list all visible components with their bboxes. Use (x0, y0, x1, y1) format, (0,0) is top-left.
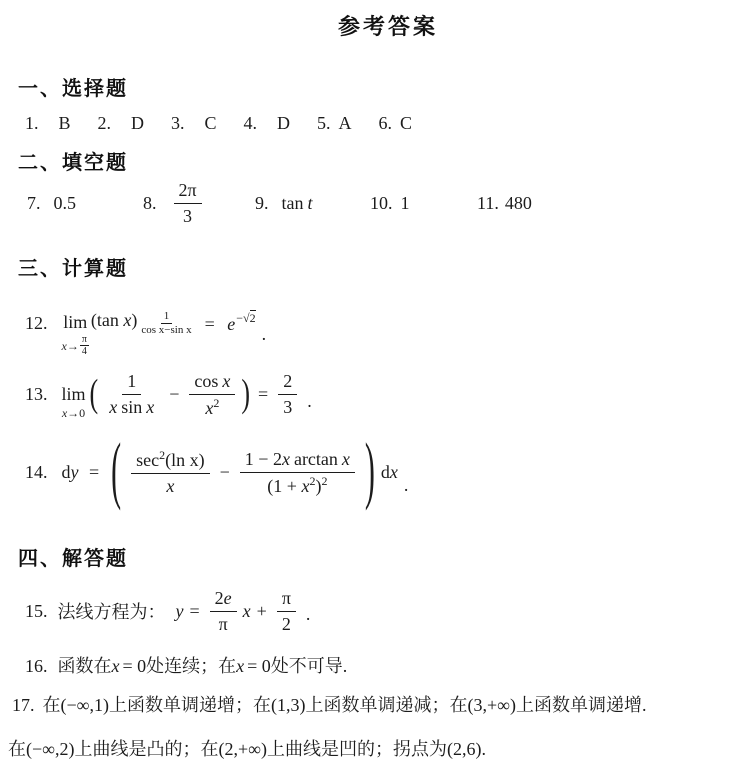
q15-f2-num: π (277, 587, 296, 612)
q15-f1-num: 2e (210, 587, 237, 612)
q14-f2-num: 1 − 2xarctanx (240, 448, 355, 473)
blank-11-value: 480 (505, 193, 532, 214)
answer-17-line-1: 17.在(−∞,1)上函数单调递增；在(1,3)上函数单调递减；在(3,+∞)上… (12, 692, 646, 719)
q17-number: 17. (12, 695, 35, 715)
q17-l1-interval-2: (1,3) (271, 695, 306, 715)
q14-f2-den-sup-outer: 2 (321, 474, 327, 488)
q16-number: 16. (25, 656, 48, 676)
q13-f3-num: 2 (278, 370, 297, 395)
q12-sub-fraction: π 4 (80, 334, 89, 357)
answer-16: 16.函数在x= 0处连续；在x= 0处不可导. (25, 653, 347, 680)
section-heading-blank: 二、填空题 (18, 146, 128, 175)
q12-exp-den: cos x−sin x (138, 324, 194, 337)
q17-l1-interval-3: (3,+∞) (467, 695, 515, 715)
blank-9-number: 9. (255, 193, 269, 214)
q17-l2-interval-2: (2,+∞) (218, 739, 266, 759)
q13-fraction-1: 1 xsinx (104, 370, 159, 417)
q13-f2-num-fn: cos (194, 371, 218, 391)
q14-fraction-1: sec2(ln x) x (131, 448, 209, 496)
q15-y: y (176, 601, 184, 622)
blank-7-number: 7. (27, 193, 41, 214)
answer-13-formula: 13. lim x→0 ( 1 xsinx − cosx x2 ) = 2 3 … (25, 366, 312, 422)
choice-2-number: 2. (98, 113, 112, 133)
q12-e-exponent: −√2 (236, 311, 255, 325)
q13-f2-den: x2 (200, 395, 224, 419)
choice-answer-3: 3.C (171, 113, 217, 134)
q17-l1-text-1: 在 (43, 695, 61, 715)
choice-1-number: 1. (25, 113, 39, 133)
q17-l2-text-2: 上曲线是凸的；在 (74, 739, 218, 759)
q13-f1-num: 1 (122, 370, 141, 395)
q13-limit-operator: lim x→0 (62, 385, 86, 419)
q14-open-paren: ( (111, 435, 121, 510)
q12-lim: lim (63, 313, 87, 333)
q12-sub-frac-num: π (80, 334, 89, 346)
q13-minus: − (169, 384, 179, 405)
q12-sub-frac-den: 4 (80, 346, 89, 357)
q12-period: . (262, 324, 267, 345)
q17-l2-text-4: . (481, 739, 486, 759)
choice-1-letter: B (59, 113, 71, 133)
section-heading-solve: 四、解答题 (18, 542, 128, 571)
q14-y: y (71, 462, 79, 482)
q13-f1-den-var1: x (109, 397, 117, 417)
q14-f2-num-var2: x (342, 449, 350, 469)
q17-l1-text-2: 上函数单调递增；在 (109, 695, 271, 715)
choice-answer-4: 4.D (244, 113, 291, 134)
q14-lhs: dy = (62, 462, 106, 483)
q12-result: = e−√2 (205, 311, 256, 335)
blank-8-numerator: 2π (174, 179, 202, 204)
q15-f1-num-coeff: 2 (215, 588, 224, 608)
q15-f1-den: π (214, 612, 233, 635)
q16-math1-rest: = 0 (123, 656, 147, 676)
blank-8-fraction: 2π 3 (174, 179, 202, 226)
blank-answer-10: 10. 1 (370, 176, 410, 230)
q14-dx-d: d (381, 462, 390, 482)
q14-number: 14. (25, 462, 48, 483)
choice-answer-2: 2.D (98, 113, 145, 134)
page-title: 参考答案 (20, 10, 736, 41)
q14-d: d (62, 462, 71, 482)
answer-14-formula: 14. dy = ( sec2(ln x) x − 1 − 2xarctanx … (25, 430, 408, 514)
q14-f1-den: x (161, 474, 179, 497)
q13-f2-num: cosx (189, 370, 235, 395)
q15-label: 法线方程为： (58, 598, 166, 624)
q17-l1-interval-1: (−∞,1) (61, 695, 109, 715)
q16-text-3: 处不可导. (271, 656, 348, 676)
q13-number: 13. (25, 384, 48, 405)
q12-number: 12. (25, 313, 48, 334)
blank-8-number: 8. (143, 193, 157, 214)
q12-equals: = (205, 314, 215, 334)
q17-l1-text-3: 上函数单调递减；在 (305, 695, 467, 715)
q12-sub-arrow: → (67, 340, 79, 352)
q13-f1-den-var2: x (146, 397, 154, 417)
q15-fraction-2: π 2 (277, 587, 296, 634)
blank-answers-row: 7. 0.5 8. 2π 3 9. tan t 10. 1 11. 480 (0, 176, 736, 230)
choice-6-letter: C (400, 113, 412, 133)
q15-f2-den: 2 (277, 612, 296, 635)
q13-fraction-2: cosx x2 (189, 370, 235, 418)
q16-text-1: 函数在 (58, 656, 112, 676)
q14-close-paren: ) (365, 435, 375, 510)
q17-l2-point: (2,6) (447, 739, 482, 759)
q14-f1-num: sec2(ln x) (131, 448, 209, 474)
choice-5-number: 5. (317, 113, 331, 133)
q14-f1-num-arg: (ln x) (165, 450, 205, 470)
choice-answer-1: 1.B (25, 113, 71, 134)
q15-f1-num-e: e (224, 588, 232, 608)
q12-e-exp-sign: −√ (236, 311, 249, 325)
q14-equals: = (89, 462, 99, 482)
q16-math1-var: x (112, 656, 120, 676)
answer-sheet-page: 参考答案 一、选择题 1.B 2.D 3.C 4.D 5.A 6.C 二、填空题… (0, 0, 736, 769)
q12-limit-subscript: x → π 4 (62, 334, 89, 357)
section-heading-calc: 三、计算题 (18, 252, 128, 281)
choice-answers-row: 1.B 2.D 3.C 4.D 5.A 6.C (25, 113, 439, 134)
q14-f2-num-var1: x (282, 449, 290, 469)
q13-limit-subscript: x→0 (62, 407, 85, 419)
blank-10-value: 1 (401, 193, 410, 214)
choice-answer-5: 5.A (317, 113, 352, 134)
q13-f2-den-sup: 2 (213, 396, 219, 410)
q13-lim: lim (62, 385, 86, 405)
q14-fraction-2: 1 − 2xarctanx (1 + x2)2 (240, 448, 355, 496)
q13-equals: = (258, 384, 268, 405)
q17-l2-text-1: 在 (8, 739, 26, 759)
q15-number: 15. (25, 601, 48, 622)
blank-8-denominator: 3 (178, 204, 197, 227)
q15-period: . (306, 604, 311, 625)
blank-answer-9: 9. tan t (255, 176, 313, 230)
q14-f2-den: (1 + x2)2 (262, 473, 332, 497)
blank-10-number: 10. (370, 193, 393, 214)
q14-period: . (404, 475, 409, 496)
blank-answer-7: 7. 0.5 (27, 176, 76, 230)
blank-answer-8: 8. 2π 3 (143, 176, 206, 230)
q15-fraction-1: 2e π (210, 587, 237, 634)
blank-9-function: tan (282, 193, 304, 214)
q14-f2-num-a: 1 − 2 (245, 449, 282, 469)
q17-l1-text-4: 上函数单调递增. (516, 695, 647, 715)
q12-base-close: ) (131, 310, 137, 330)
q16-math2-var: x (236, 656, 244, 676)
q14-dx-x: x (390, 462, 398, 482)
answer-17-line-2: 在(−∞,2)上曲线是凸的；在(2,+∞)上曲线是凹的；拐点为(2,6). (8, 736, 486, 763)
q12-e: e (227, 314, 235, 334)
answer-12-formula: 12. lim x → π 4 (tan x)1cos x−sin x = e−… (25, 291, 266, 355)
q13-f1-den-fn: sin (121, 397, 142, 417)
q14-f2-den-open: (1 + (267, 476, 301, 496)
section-heading-choice: 一、选择题 (18, 72, 128, 101)
q13-period: . (307, 391, 312, 412)
q13-close-paren: ) (241, 375, 250, 414)
q13-f1-den: xsinx (104, 395, 159, 418)
choice-2-letter: D (131, 113, 144, 133)
q15-equals: = (190, 601, 200, 622)
answer-15: 15. 法线方程为： y = 2e π x + π 2 . (25, 584, 310, 638)
q13-f2-num-var: x (222, 371, 230, 391)
choice-4-letter: D (277, 113, 290, 133)
q15-plus: + (257, 601, 267, 622)
q14-minus: − (220, 462, 230, 483)
q13-open-paren: ( (90, 375, 99, 414)
q12-base-open: (tan (91, 310, 123, 330)
q12-exponent-fraction: 1cos x−sin x (138, 310, 194, 336)
q13-f3-den: 3 (278, 395, 297, 418)
q17-l2-text-3: 上曲线是凹的；拐点为 (267, 739, 447, 759)
choice-6-number: 6. (379, 113, 393, 133)
choice-5-letter: A (339, 113, 352, 133)
blank-9-variable: t (308, 193, 313, 214)
q12-limit-operator: lim x → π 4 (62, 313, 89, 358)
blank-answer-11: 11. 480 (477, 176, 532, 230)
choice-4-number: 4. (244, 113, 258, 133)
choice-3-letter: C (205, 113, 217, 133)
choice-answer-6: 6.C (379, 113, 413, 134)
q16-math2-rest: = 0 (247, 656, 271, 676)
q14-f1-num-fn: sec (136, 450, 159, 470)
q16-text-2: 处连续；在 (146, 656, 236, 676)
q12-e-exp-radicand: 2 (250, 310, 256, 325)
blank-7-value: 0.5 (54, 193, 77, 214)
blank-11-number: 11. (477, 193, 499, 214)
q13-result-fraction: 2 3 (278, 370, 297, 417)
q17-l2-interval-1: (−∞,2) (26, 739, 74, 759)
choice-3-number: 3. (171, 113, 185, 133)
q14-f2-num-fn: arctan (294, 449, 338, 469)
q14-dx: dx (381, 462, 398, 483)
q12-base-expression: (tan x)1cos x−sin x (91, 310, 195, 336)
q13-sub-rest: →0 (67, 407, 85, 419)
q12-exp-num: 1 (161, 310, 173, 324)
q15-x: x (243, 601, 251, 622)
